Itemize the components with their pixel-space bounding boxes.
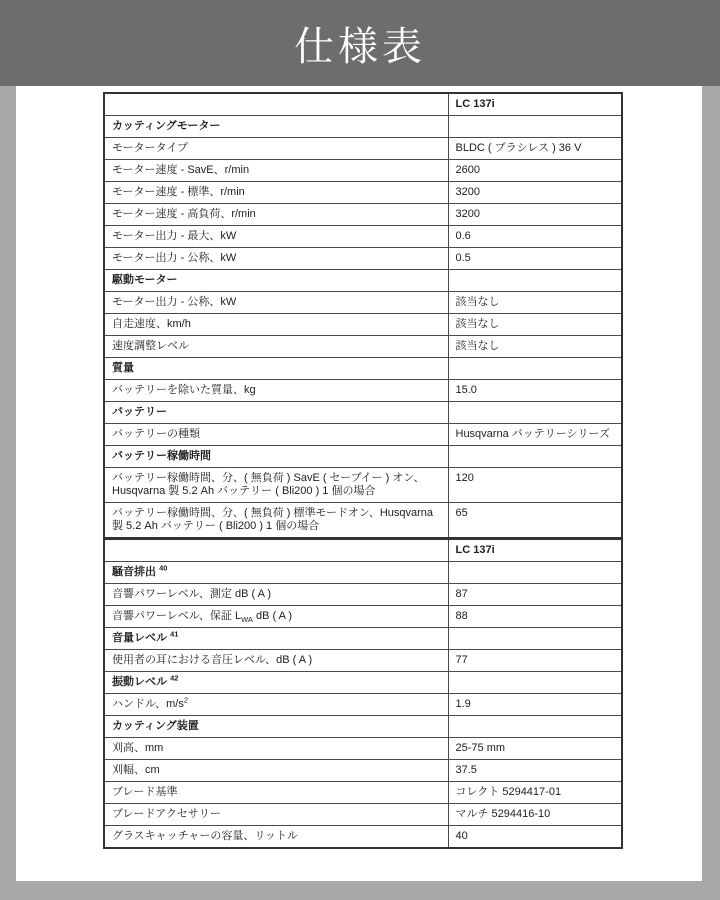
spec-label-cell: 使用者の耳における音圧レベル、dB ( A )	[104, 650, 448, 672]
section-label-cell: カッティングモーター	[104, 116, 448, 138]
table-header-row: LC 137i	[104, 539, 622, 562]
spec-value-cell: 該当なし	[448, 292, 622, 314]
spec-row: 自走速度、km/h該当なし	[104, 314, 622, 336]
spec-value-cell: BLDC ( ブラシレス ) 36 V	[448, 138, 622, 160]
header-empty-cell	[104, 539, 448, 562]
section-row: カッティングモーター	[104, 116, 622, 138]
section-label-cell: 騒音排出 40	[104, 562, 448, 584]
spec-label-cell: バッテリー稼働時間、分、( 無負荷 ) SavE ( セーブイー ) オン、Hu…	[104, 468, 448, 503]
spec-row: 音響パワーレベル、測定 dB ( A )87	[104, 584, 622, 606]
spec-value-cell: Husqvarna バッテリーシリーズ	[448, 424, 622, 446]
spec-value-cell: 88	[448, 606, 622, 628]
spec-value-cell: コレクト 5294417-01	[448, 782, 622, 804]
spec-label-cell: 音響パワーレベル、測定 dB ( A )	[104, 584, 448, 606]
section-row: 駆動モーター	[104, 270, 622, 292]
spec-row: ブレード基準コレクト 5294417-01	[104, 782, 622, 804]
model-name-cell: LC 137i	[448, 539, 622, 562]
document-page: LC 137iカッティングモーターモータータイプBLDC ( ブラシレス ) 3…	[16, 86, 702, 881]
spec-value-cell: 25-75 mm	[448, 738, 622, 760]
spec-label-cell: 刈幅、cm	[104, 760, 448, 782]
spec-label-cell: ハンドル、m/s2	[104, 694, 448, 716]
spec-row: モーター速度 - 高負荷、r/min3200	[104, 204, 622, 226]
spec-table-noise-cutting: LC 137i騒音排出 40音響パワーレベル、測定 dB ( A )87音響パワ…	[103, 538, 623, 849]
spec-label-cell: バッテリーの種類	[104, 424, 448, 446]
spec-value-cell	[448, 402, 622, 424]
spec-value-cell: 37.5	[448, 760, 622, 782]
section-label-cell: 音量レベル 41	[104, 628, 448, 650]
section-label-cell: 振動レベル 42	[104, 672, 448, 694]
spec-value-cell	[448, 672, 622, 694]
spec-table-main: LC 137iカッティングモーターモータータイプBLDC ( ブラシレス ) 3…	[103, 92, 623, 539]
spec-value-cell: 該当なし	[448, 336, 622, 358]
spec-value-cell: 77	[448, 650, 622, 672]
title-band: 仕様表	[0, 0, 720, 86]
table-header-row: LC 137i	[104, 93, 622, 116]
spec-row: バッテリー稼働時間、分、( 無負荷 ) SavE ( セーブイー ) オン、Hu…	[104, 468, 622, 503]
spec-value-cell: 3200	[448, 204, 622, 226]
spec-row: モーター速度 - SavE、r/min2600	[104, 160, 622, 182]
section-row: カッティング装置	[104, 716, 622, 738]
spec-row: ハンドル、m/s21.9	[104, 694, 622, 716]
header-empty-cell	[104, 93, 448, 116]
spec-row: バッテリーを除いた質量、kg15.0	[104, 380, 622, 402]
section-label-cell: バッテリー	[104, 402, 448, 424]
spec-row: モーター出力 - 最大、kW0.6	[104, 226, 622, 248]
section-row: 音量レベル 41	[104, 628, 622, 650]
section-label-cell: カッティング装置	[104, 716, 448, 738]
spec-value-cell: マルチ 5294416-10	[448, 804, 622, 826]
spec-label-cell: 自走速度、km/h	[104, 314, 448, 336]
spec-label-cell: 音響パワーレベル、保証 LWA dB ( A )	[104, 606, 448, 628]
spec-value-cell	[448, 446, 622, 468]
spec-row: モータータイプBLDC ( ブラシレス ) 36 V	[104, 138, 622, 160]
section-label-cell: 駆動モーター	[104, 270, 448, 292]
spec-value-cell: 0.5	[448, 248, 622, 270]
spec-value-cell	[448, 270, 622, 292]
section-row: 騒音排出 40	[104, 562, 622, 584]
model-name-cell: LC 137i	[448, 93, 622, 116]
spec-label-cell: 刈高、mm	[104, 738, 448, 760]
spec-row: 音響パワーレベル、保証 LWA dB ( A )88	[104, 606, 622, 628]
page-title: 仕様表	[294, 15, 426, 72]
spec-value-cell: 該当なし	[448, 314, 622, 336]
spec-row: モーター速度 - 標準、r/min3200	[104, 182, 622, 204]
spec-value-cell: 3200	[448, 182, 622, 204]
spec-row: 速度調整レベル該当なし	[104, 336, 622, 358]
spec-value-cell	[448, 628, 622, 650]
section-label-cell: 質量	[104, 358, 448, 380]
spec-value-cell: 1.9	[448, 694, 622, 716]
spec-value-cell: 65	[448, 503, 622, 539]
spec-value-cell: 2600	[448, 160, 622, 182]
spec-row: モーター出力 - 公称、kW0.5	[104, 248, 622, 270]
spec-label-cell: 速度調整レベル	[104, 336, 448, 358]
spec-label-cell: バッテリーを除いた質量、kg	[104, 380, 448, 402]
section-row: バッテリー稼働時間	[104, 446, 622, 468]
spec-value-cell	[448, 562, 622, 584]
spec-row: ブレードアクセサリーマルチ 5294416-10	[104, 804, 622, 826]
section-label-cell: バッテリー稼働時間	[104, 446, 448, 468]
spec-value-cell: 120	[448, 468, 622, 503]
section-row: 振動レベル 42	[104, 672, 622, 694]
spec-label-cell: モーター速度 - 高負荷、r/min	[104, 204, 448, 226]
spec-row: 刈高、mm25-75 mm	[104, 738, 622, 760]
spec-label-cell: ブレード基準	[104, 782, 448, 804]
spec-value-cell: 40	[448, 826, 622, 849]
spec-sheet-screenshot: { "page_title": "仕様表", "colors": { "titl…	[0, 0, 720, 900]
spec-value-cell	[448, 116, 622, 138]
spec-label-cell: モーター出力 - 最大、kW	[104, 226, 448, 248]
spec-label-cell: モーター速度 - 標準、r/min	[104, 182, 448, 204]
section-row: 質量	[104, 358, 622, 380]
spec-label-cell: モーター速度 - SavE、r/min	[104, 160, 448, 182]
spec-label-cell: モーター出力 - 公称、kW	[104, 248, 448, 270]
spec-label-cell: バッテリー稼働時間、分、( 無負荷 ) 標準モードオン、Husqvarna 製 …	[104, 503, 448, 539]
spec-value-cell	[448, 358, 622, 380]
spec-value-cell	[448, 716, 622, 738]
spec-value-cell: 87	[448, 584, 622, 606]
spec-row: グラスキャッチャーの容量、リットル40	[104, 826, 622, 849]
spec-value-cell: 0.6	[448, 226, 622, 248]
section-row: バッテリー	[104, 402, 622, 424]
spec-label-cell: ブレードアクセサリー	[104, 804, 448, 826]
spec-row: バッテリーの種類Husqvarna バッテリーシリーズ	[104, 424, 622, 446]
spec-label-cell: モータータイプ	[104, 138, 448, 160]
spec-row: バッテリー稼働時間、分、( 無負荷 ) 標準モードオン、Husqvarna 製 …	[104, 503, 622, 539]
spec-row: 刈幅、cm37.5	[104, 760, 622, 782]
spec-row: モーター出力 - 公称、kW該当なし	[104, 292, 622, 314]
spec-label-cell: モーター出力 - 公称、kW	[104, 292, 448, 314]
spec-value-cell: 15.0	[448, 380, 622, 402]
spec-row: 使用者の耳における音圧レベル、dB ( A )77	[104, 650, 622, 672]
spec-label-cell: グラスキャッチャーの容量、リットル	[104, 826, 448, 849]
